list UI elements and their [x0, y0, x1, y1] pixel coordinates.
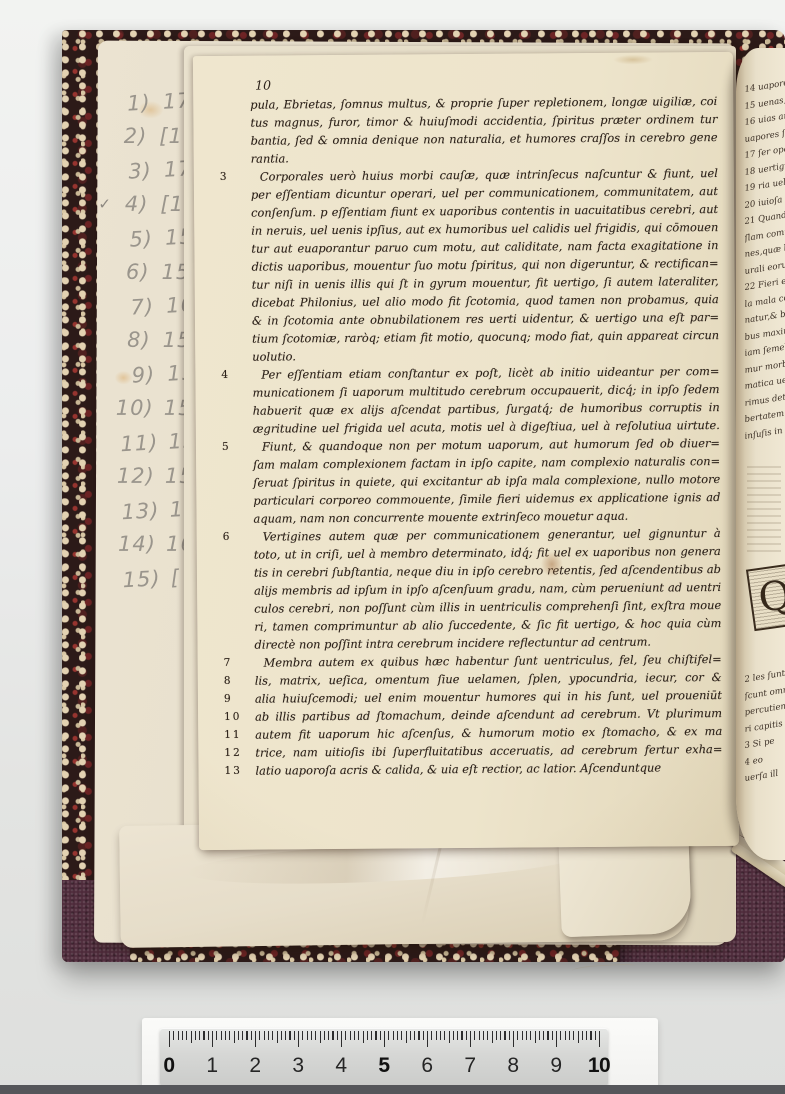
ruler-tick — [599, 1031, 600, 1047]
ruler-tick — [461, 1031, 462, 1040]
printed-text-line: 13latio uaporoſa acris & calida, & uia e… — [224, 758, 722, 780]
margin-paragraph-number — [221, 330, 252, 348]
ruler-tick — [547, 1031, 548, 1040]
ruler-tick — [453, 1031, 454, 1040]
checkmark — [105, 376, 119, 377]
margin-paragraph-number — [222, 420, 253, 438]
margin-paragraph-number — [221, 384, 252, 402]
margin-paragraph-number — [221, 294, 252, 312]
margin-paragraph-number — [223, 600, 254, 618]
margin-paragraph-number — [223, 564, 254, 582]
ruler-tick — [298, 1031, 299, 1047]
margin-paragraph-number: 10 — [224, 708, 255, 726]
woodcut-letter: Q — [756, 575, 785, 619]
folio-number: 10 — [255, 78, 271, 93]
ruler-tick — [294, 1031, 295, 1040]
item-number: 5) — [116, 226, 153, 252]
ruler-tick — [216, 1031, 217, 1040]
ruler-tick — [504, 1031, 505, 1040]
margin-paragraph-number: 12 — [224, 744, 255, 762]
ruler-tick — [586, 1031, 587, 1040]
margin-paragraph-number — [220, 186, 251, 204]
margin-paragraph-number: 6 — [223, 528, 254, 546]
margin-paragraph-number — [219, 96, 250, 114]
margin-paragraph-number: 8 — [224, 672, 255, 690]
ruler-tick — [277, 1031, 278, 1043]
item-number: 3) — [115, 158, 152, 184]
ruler-tick — [259, 1031, 260, 1040]
woodcut-initial-Q: Q — [746, 563, 785, 631]
ruler-tick — [526, 1031, 527, 1040]
ruler-tick — [221, 1031, 222, 1040]
ruler-tick — [449, 1031, 450, 1043]
ruler-number: 8 — [507, 1054, 518, 1078]
margin-paragraph-number — [221, 312, 252, 330]
margin-paragraph-number — [223, 618, 254, 636]
pencil-squiggle-mark — [572, 963, 636, 975]
ruler-tick — [337, 1031, 338, 1040]
margin-paragraph-number — [220, 150, 251, 168]
ruler-tick — [444, 1031, 445, 1040]
item-number: 10) — [116, 396, 152, 420]
margin-paragraph-number: 9 — [224, 690, 255, 708]
ruler-tick — [431, 1031, 432, 1040]
margin-paragraph-number — [222, 474, 253, 492]
ruler-tick — [307, 1031, 308, 1040]
ruler-number: 3 — [292, 1054, 303, 1078]
ruler-tick — [573, 1031, 574, 1040]
ruler-tick — [320, 1031, 321, 1043]
ruler-tick — [440, 1031, 441, 1040]
margin-paragraph-number — [222, 402, 253, 420]
ruler-tick — [509, 1031, 510, 1040]
ruler-tick — [406, 1031, 407, 1043]
ruler-tick — [380, 1031, 381, 1040]
checkmark — [106, 444, 120, 445]
ruler-number: 1 — [206, 1054, 217, 1078]
ruler-number: 6 — [421, 1054, 432, 1078]
item-number: 13) — [121, 498, 158, 524]
ruler-tick — [483, 1031, 484, 1040]
ruler-tick — [173, 1031, 174, 1040]
ruler-tick — [539, 1031, 540, 1040]
show-through-text — [747, 466, 781, 552]
photo-edge-band — [0, 1085, 785, 1094]
printed-page: 10 pula, Ebrietas, ſomnus multus, & prop… — [193, 52, 739, 850]
ruler-tick — [590, 1031, 591, 1040]
ruler-number: 0 — [163, 1054, 174, 1078]
ruler-tick — [186, 1031, 187, 1040]
margin-paragraph-number: 4 — [221, 366, 252, 384]
ruler-tick — [474, 1031, 475, 1040]
ruler-tick — [492, 1031, 493, 1043]
ruler-tick — [530, 1031, 531, 1040]
margin-paragraph-number — [220, 222, 251, 240]
ruler-tick — [423, 1031, 424, 1040]
margin-paragraph-number: 11 — [224, 726, 255, 744]
ruler-tick — [302, 1031, 303, 1040]
checkmark — [109, 580, 123, 581]
ruler-tick — [345, 1031, 346, 1040]
ruler-tick — [466, 1031, 467, 1040]
ruler-tick — [315, 1031, 316, 1040]
margin-paragraph-number: 13 — [224, 762, 255, 780]
ruler-tick — [384, 1031, 385, 1047]
ruler-tick — [513, 1031, 514, 1047]
ruler-tick — [341, 1031, 342, 1047]
ruler-tick — [354, 1031, 355, 1040]
ruler-tick — [203, 1031, 204, 1040]
ruler-tick — [393, 1031, 394, 1040]
margin-paragraph-number — [223, 636, 254, 654]
ruler-tick — [375, 1031, 376, 1040]
ruler-tick — [569, 1031, 570, 1040]
ruler-tick — [281, 1031, 282, 1040]
ruler-tick — [212, 1031, 213, 1047]
ruler-tick — [522, 1031, 523, 1040]
ruler-tick — [517, 1031, 518, 1040]
margin-paragraph-number — [223, 546, 254, 564]
ruler-tick — [225, 1031, 226, 1040]
ruler-tick — [350, 1031, 351, 1040]
ruler-tick — [264, 1031, 265, 1040]
ruler-tick — [246, 1031, 247, 1040]
printed-text-block: pula, Ebrietas, ſomnus multus, & proprie… — [219, 92, 722, 780]
item-number: 14) — [118, 532, 154, 556]
item-number: 4) — [112, 192, 148, 216]
ruler-tick — [565, 1031, 566, 1040]
page-stain — [541, 551, 563, 577]
margin-paragraph-number — [220, 204, 251, 222]
ruler-tick — [311, 1031, 312, 1040]
item-number: 2) — [111, 124, 147, 148]
ruler-tick — [255, 1031, 256, 1047]
item-number: 9) — [119, 362, 156, 388]
ruler-tick — [470, 1031, 471, 1047]
ruler-tick — [371, 1031, 372, 1040]
checkmark — [104, 308, 118, 309]
margin-paragraph-number — [222, 456, 253, 474]
photo-scene: 1)1782)[173)177✓4)[155)1576)1597)1638)15… — [0, 0, 785, 1094]
facing-page-fragments-bottom: 2 les ſuntſcunt omnespercutientri capiti… — [745, 672, 785, 788]
checkmark — [102, 172, 116, 173]
ruler-tick — [324, 1031, 325, 1040]
margin-paragraph-number — [219, 132, 250, 150]
item-number: 6) — [114, 260, 150, 284]
item-value: [ — [158, 565, 180, 590]
item-number: 7) — [118, 294, 155, 320]
ruler-tick — [401, 1031, 402, 1040]
margin-paragraph-number — [220, 240, 251, 258]
page-stain — [613, 55, 653, 65]
ruler-tick — [496, 1031, 497, 1040]
item-number: 1) — [114, 90, 151, 116]
ruler-tick — [479, 1031, 480, 1040]
margin-paragraph-number — [220, 258, 251, 276]
ruler-tick — [169, 1031, 170, 1047]
ruler-tick — [208, 1031, 209, 1040]
ruler-tick — [234, 1031, 235, 1043]
ruler-tick — [199, 1031, 200, 1040]
ruler-tick — [595, 1031, 596, 1040]
ruler-number: 10 — [588, 1054, 610, 1078]
item-number: 15) — [122, 566, 159, 592]
ruler-tick — [182, 1031, 183, 1040]
item-number: 11) — [120, 430, 157, 456]
ruler-tick — [242, 1031, 243, 1040]
ruler-tick — [272, 1031, 273, 1040]
ruler-tick — [427, 1031, 428, 1047]
ruler-tick — [418, 1031, 419, 1040]
ruler-number: 5 — [378, 1054, 389, 1078]
checkmark — [108, 512, 122, 513]
ruler-tick — [552, 1031, 553, 1040]
ruler-ticks — [169, 1031, 599, 1051]
facing-page-fragments-top: 14 uapores,&15 uenas,& ar16 uias amplasu… — [745, 82, 785, 445]
ruler-tick — [238, 1031, 239, 1040]
ruler-tick — [285, 1031, 286, 1040]
checkmark: ✓ — [98, 195, 112, 213]
ruler-tick — [363, 1031, 364, 1043]
margin-paragraph-number: 7 — [224, 654, 255, 672]
ruler-tick — [582, 1031, 583, 1040]
ruler-tick — [289, 1031, 290, 1040]
line-text: latio uaporoſa acris & calida, & uia eſt… — [255, 758, 722, 780]
ruler-tick — [436, 1031, 437, 1040]
ruler-tick — [410, 1031, 411, 1040]
margin-paragraph-number: 5 — [222, 438, 253, 456]
margin-paragraph-number — [223, 582, 254, 600]
item-number: 8) — [115, 328, 151, 352]
margin-paragraph-number — [222, 492, 253, 510]
checkmark — [101, 104, 115, 105]
ruler-tick — [328, 1031, 329, 1040]
ruler-tick — [191, 1031, 192, 1043]
margin-paragraph-number — [221, 276, 252, 294]
ruler-tick — [556, 1031, 557, 1047]
ruler-tick — [388, 1031, 389, 1040]
ruler-tick — [457, 1031, 458, 1040]
ruler-tick — [578, 1031, 579, 1043]
ruler-number: 7 — [464, 1054, 475, 1078]
item-number: 12) — [117, 464, 153, 488]
ruler-number: 9 — [550, 1054, 561, 1078]
ruler-tick — [500, 1031, 501, 1040]
ruler-tick — [268, 1031, 269, 1040]
ruler-tick — [560, 1031, 561, 1040]
ruler-tick — [543, 1031, 544, 1040]
ruler-tick — [195, 1031, 196, 1040]
ruler-tick — [535, 1031, 536, 1043]
ruler-tick — [487, 1031, 488, 1040]
ruler-number: 4 — [335, 1054, 346, 1078]
checkmark — [103, 240, 117, 241]
margin-paragraph-number — [219, 114, 250, 132]
ruler-tick — [251, 1031, 252, 1040]
margin-paragraph-number: 3 — [220, 168, 251, 186]
ruler-tick — [358, 1031, 359, 1040]
ruler-number: 2 — [249, 1054, 260, 1078]
ruler-tick — [332, 1031, 333, 1040]
margin-paragraph-number — [222, 510, 253, 528]
ruler: 012345678910 — [160, 1028, 608, 1086]
ruler-tick — [229, 1031, 230, 1040]
facing-page-edge: 14 uapores,&15 uenas,& ar16 uias amplasu… — [736, 48, 785, 860]
margin-paragraph-number — [221, 348, 252, 366]
ruler-tick — [397, 1031, 398, 1040]
ruler-tick — [367, 1031, 368, 1040]
ruler-tick — [178, 1031, 179, 1040]
ruler-tick — [414, 1031, 415, 1040]
facing-page-text-clip: 14 uapores,&15 uenas,& ar16 uias amplasu… — [745, 74, 785, 856]
